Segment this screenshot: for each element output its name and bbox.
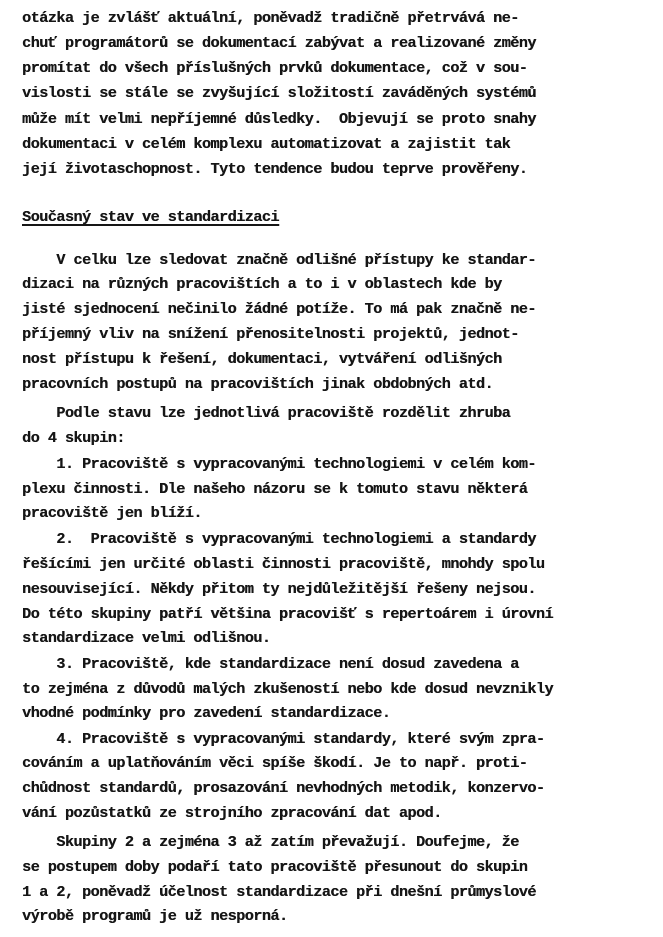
group-2-line: Do této skupiny patří většina pracovišť … bbox=[22, 604, 553, 624]
text-line: nost přístupu k řešení, dokumentaci, vyt… bbox=[22, 349, 502, 369]
group-2-line: standardizace velmi odlišnou. bbox=[22, 628, 270, 648]
section-heading: Současný stav ve standardizaci bbox=[22, 207, 279, 227]
text-line: promítat do všech příslušných prvků doku… bbox=[22, 58, 527, 78]
text-line: 1 a 2, poněvadž účelnost standardizace p… bbox=[22, 882, 536, 902]
group-4-line: chůdnost standardů, prosazování nevhodný… bbox=[22, 778, 544, 798]
group-1-line: plexu činnosti. Dle našeho názoru se k t… bbox=[22, 479, 527, 499]
text-line: jisté sjednocení nečinilo žádné potíže. … bbox=[22, 299, 536, 319]
text-line: příjemný vliv na snížení přenositelnosti… bbox=[22, 324, 519, 344]
text-line: vislosti se stále se zvyšující složitost… bbox=[22, 83, 536, 103]
group-4-line: cováním a uplatňováním věci spíše škodí.… bbox=[22, 753, 527, 773]
group-3-line: to zejména z důvodů malých zkušeností ne… bbox=[22, 679, 553, 699]
text-line: do 4 skupin: bbox=[22, 428, 125, 448]
group-4-line: 4. Pracoviště s vypracovanými standardy,… bbox=[22, 729, 544, 749]
typewritten-page: otázka je zvlášť aktuální, poněvadž trad… bbox=[0, 0, 663, 937]
group-1-line: pracoviště jen blíží. bbox=[22, 503, 202, 523]
text-line: se postupem doby podaří tato pracoviště … bbox=[22, 857, 527, 877]
text-line: V celku lze sledovat značně odlišné přís… bbox=[22, 250, 536, 270]
text-line: pracovních postupů na pracovištích jinak… bbox=[22, 374, 493, 394]
text-line: může mít velmi nepříjemné důsledky. Obje… bbox=[22, 109, 536, 129]
text-line: dokumentaci v celém komplexu automatizov… bbox=[22, 134, 510, 154]
text-line: otázka je zvlášť aktuální, poněvadž trad… bbox=[22, 8, 519, 28]
text-line: Skupiny 2 a zejména 3 až zatím převažují… bbox=[22, 832, 519, 852]
text-line: Podle stavu lze jednotlivá pracoviště ro… bbox=[22, 403, 510, 423]
group-3-line: 3. Pracoviště, kde standardizace není do… bbox=[22, 654, 519, 674]
group-3-line: vhodné podmínky pro zavedení standardiza… bbox=[22, 703, 390, 723]
group-1-line: 1. Pracoviště s vypracovanými technologi… bbox=[22, 454, 536, 474]
text-line: dizaci na různých pracovištích a to i v … bbox=[22, 274, 502, 294]
text-line: chuť programátorů se dokumentací zabývat… bbox=[22, 33, 536, 53]
text-line: její životaschopnost. Tyto tendence budo… bbox=[22, 159, 527, 179]
group-2-line: nesouvisející. Někdy přitom ty nejdůleži… bbox=[22, 579, 536, 599]
group-2-line: řešícími jen určité oblasti činnosti pra… bbox=[22, 554, 544, 574]
group-4-line: vání pozůstatků ze strojního zpracování … bbox=[22, 803, 442, 823]
group-2-line: 2. Pracoviště s vypracovanými technologi… bbox=[22, 529, 536, 549]
text-line: výrobě programů je už nesporná. bbox=[22, 906, 287, 926]
